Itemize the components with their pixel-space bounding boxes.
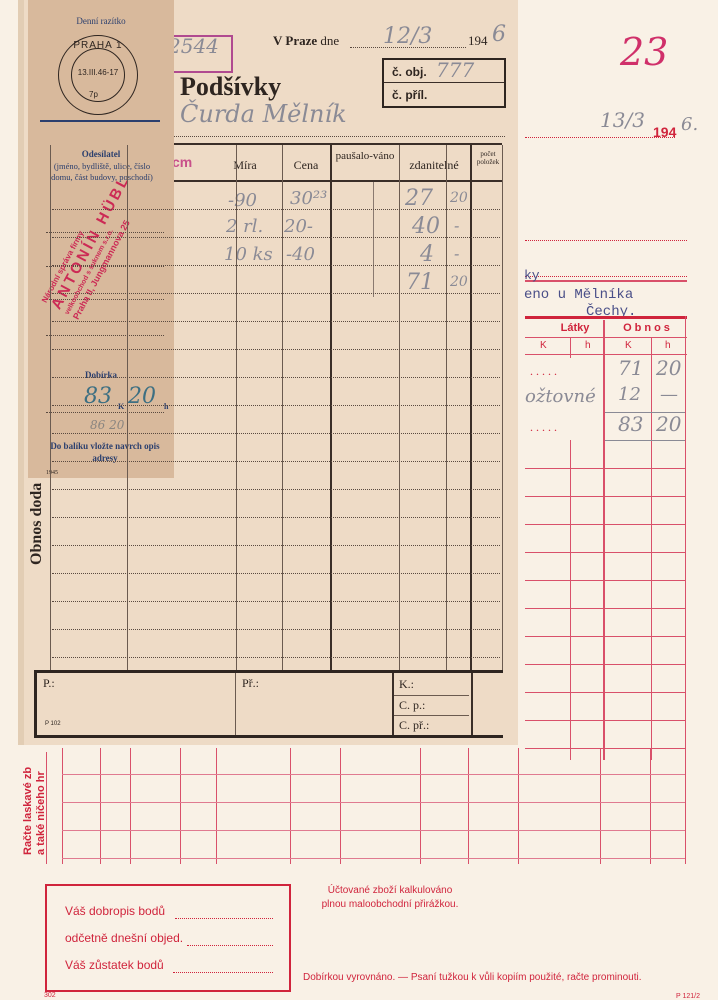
- header-rule: [525, 337, 687, 338]
- footer-form-code: P 102: [45, 721, 61, 727]
- row-line: [525, 608, 685, 609]
- order-obj-label: č. obj.: [392, 65, 427, 79]
- typed-address-line-2: eno u Mělníka: [524, 287, 633, 303]
- address-rule: [525, 280, 687, 282]
- column-line: [502, 145, 503, 670]
- row-desc: . . . . .: [530, 364, 557, 379]
- footer-note: Dobírkou vyrovnáno. — Psaní tužkou k vůl…: [303, 972, 642, 983]
- postmark: PRAHA 1 13.III.46-17 7p: [58, 35, 138, 115]
- row-h: 20: [656, 356, 681, 380]
- row-line: [525, 524, 685, 525]
- postmark-city: PRAHA 1: [67, 40, 129, 51]
- grid-line: [570, 440, 571, 760]
- row-line: [525, 748, 685, 749]
- table-top-rule: [525, 316, 687, 319]
- row-line: [52, 433, 500, 434]
- col-header-latky: Látky: [545, 322, 605, 334]
- row-desc: . . . . .: [530, 420, 557, 435]
- col-h-obnos: h: [665, 340, 671, 351]
- row-h: —: [660, 384, 678, 405]
- column-line: [50, 145, 51, 670]
- footer-rule: [394, 715, 469, 716]
- back-year-suffix: 6.: [681, 114, 698, 135]
- column-line: [600, 748, 601, 864]
- place-label: V Praze: [273, 33, 317, 48]
- row-mira: -90: [228, 190, 257, 211]
- row-h: -: [454, 216, 459, 235]
- footer-p-label: P.:: [43, 676, 55, 691]
- row-line: [525, 664, 685, 665]
- name-field[interactable]: [160, 136, 505, 137]
- row-mira: 2 rl.: [226, 216, 263, 237]
- row-mira: 10 ks: [224, 244, 273, 265]
- points-balance-field[interactable]: [173, 972, 273, 973]
- row-k: 40: [412, 214, 440, 239]
- column-line: [399, 145, 400, 670]
- row-line: [52, 377, 500, 378]
- total-h: 20: [450, 274, 468, 290]
- row-line: [525, 692, 685, 693]
- row-line: [52, 629, 500, 630]
- order-obj-value: 777: [436, 58, 474, 82]
- col-k-obnos: K: [625, 340, 632, 351]
- side-label-obnos: Obnos doda: [28, 480, 52, 600]
- row-line: [52, 573, 500, 574]
- page-edge: [718, 0, 728, 1000]
- col-header-mira: Míra: [220, 158, 270, 173]
- order-box: č. obj. 777 č. příl.: [382, 58, 506, 108]
- grid-line: [685, 316, 686, 760]
- postmark-code: 7p: [89, 90, 98, 99]
- column-line: [420, 748, 421, 864]
- col-header-pocet-polozek: počet položek: [474, 150, 502, 166]
- row-line: [62, 830, 685, 831]
- row-line: [525, 580, 685, 581]
- grid-line: [651, 338, 652, 760]
- column-line: [650, 748, 651, 864]
- place-date-line: V Praze dne: [273, 33, 339, 49]
- column-line: [127, 145, 128, 670]
- row-h: 20: [656, 412, 681, 436]
- cm-stamp: cm: [172, 154, 192, 170]
- row-line: [52, 657, 500, 658]
- column-line: [518, 748, 519, 864]
- vertical-note-line-2: a také ničeho hr: [35, 767, 48, 855]
- row-line: [525, 636, 685, 637]
- back-year-prefix: 194: [653, 124, 676, 140]
- daily-stamp-label: Denní razítko: [28, 16, 174, 26]
- vertical-note: Račte laskavé zb a také ničeho hr: [22, 760, 52, 860]
- footer-k-label: K.:: [399, 677, 414, 692]
- cod-field[interactable]: [46, 412, 164, 413]
- row-k: 4: [420, 242, 434, 267]
- year-prefix: 194: [468, 33, 488, 49]
- customer-name-handwritten: Čurda Mělník: [180, 100, 347, 128]
- footer-divider: [392, 673, 394, 735]
- row-cena: 20-: [284, 216, 313, 237]
- footer-divider: [235, 673, 236, 735]
- col-header-zdanitelne: zdanitelné: [400, 158, 468, 173]
- row-line: [52, 461, 500, 462]
- address-dotted-line: [525, 276, 687, 277]
- year-suffix-handwritten: 6: [492, 22, 506, 47]
- column-line: [468, 748, 469, 864]
- page-number-handwritten: 23: [620, 30, 668, 74]
- row-k: 71: [618, 356, 643, 380]
- column-line: [290, 748, 291, 864]
- col-h-latky: h: [585, 340, 591, 351]
- points-balance-label: Váš zůstatek bodů: [65, 958, 164, 972]
- row-line: [525, 720, 685, 721]
- vertical-note-line-1: Račte laskavé zb: [22, 767, 35, 855]
- total-k: 71: [406, 270, 434, 295]
- column-line: [180, 748, 181, 864]
- row-line: [62, 802, 685, 803]
- column-line: [446, 145, 447, 670]
- col-k-latky: K: [540, 340, 547, 351]
- column-line: [373, 182, 374, 297]
- footer-rule: [394, 695, 469, 696]
- address-dotted-line: [525, 240, 687, 241]
- cod-pencil-note: 86 20: [90, 418, 124, 432]
- points-credit-field[interactable]: [175, 918, 273, 919]
- column-line: [330, 145, 332, 670]
- sender-hint: (jméno, bydliště, ulice, číslo domu, čás…: [44, 161, 160, 183]
- cod-h-unit: h: [164, 402, 168, 411]
- row-line: [52, 209, 500, 210]
- grid-line: [603, 320, 605, 760]
- typed-address-line-1: ky: [524, 268, 540, 283]
- row-line: [525, 552, 685, 553]
- row-line: [52, 237, 500, 238]
- row-line: [52, 601, 500, 602]
- row-line: [52, 405, 500, 406]
- row-desc: ožtovné: [525, 386, 596, 407]
- row-line: [52, 321, 500, 322]
- back-date-handwritten: 13/3: [600, 108, 645, 132]
- grid-line: [570, 338, 571, 358]
- column-line: [470, 145, 472, 670]
- form-code-left: 302: [44, 992, 56, 999]
- row-cena: -40: [286, 244, 315, 265]
- row-k: 83: [618, 412, 643, 436]
- slip-year-code: 1945: [46, 470, 58, 476]
- column-line: [216, 748, 217, 864]
- row-cena: 30²³: [290, 188, 327, 209]
- column-line: [685, 748, 686, 864]
- column-line: [236, 145, 237, 670]
- column-line: [100, 748, 101, 864]
- col-header-cena: Cena: [283, 158, 329, 173]
- footer-cpr-label: C. př.:: [399, 718, 429, 733]
- row-line: [52, 293, 500, 294]
- footer-divider: [471, 673, 473, 735]
- footer-box: P.: P 102 Př.: K.: C. p.: C. př.:: [34, 670, 503, 738]
- row-line: [52, 265, 500, 266]
- row-line: [525, 496, 685, 497]
- order-pril-label: č. příl.: [392, 88, 427, 102]
- form-code-right: P 121/2: [676, 993, 700, 1000]
- calc-note-line-1: Účtované zboží kalkulováno: [290, 884, 490, 898]
- form-title: Podšívky: [180, 72, 281, 102]
- row-line: [525, 468, 685, 469]
- total-rule: [605, 440, 685, 441]
- date-handwritten: 12/3: [383, 24, 432, 49]
- order-number-handwritten: 2544: [168, 34, 219, 58]
- row-line: [52, 545, 500, 546]
- column-line: [62, 748, 63, 864]
- order-box-divider: [384, 82, 504, 83]
- footer-cp-label: C. p.:: [399, 698, 425, 713]
- points-deduct-field[interactable]: [187, 945, 273, 946]
- points-box: Váš dobropis bodů odčetně dnešní objed. …: [45, 884, 291, 992]
- row-line: [62, 858, 685, 859]
- col-header-obnos: Obnos: [612, 322, 684, 334]
- col-header-pausalovano: paušalo-váno: [335, 150, 395, 162]
- column-line: [130, 748, 131, 864]
- points-credit-label: Váš dobropis bodů: [65, 904, 165, 918]
- row-line: [52, 517, 500, 518]
- row-line: [52, 489, 500, 490]
- postmark-date: 13.III.46-17: [69, 68, 127, 77]
- row-h: 20: [450, 190, 468, 206]
- sender-line[interactable]: [46, 335, 164, 336]
- slip-divider: [40, 120, 160, 122]
- date-label: dne: [320, 33, 339, 48]
- points-deduct-label: odčetně dnešní objed.: [65, 931, 183, 945]
- calc-note-line-2: plnou maloobchodní přirážkou.: [290, 898, 490, 912]
- column-line: [282, 145, 283, 670]
- footer-pr-label: Př.:: [242, 676, 259, 691]
- column-line: [340, 748, 341, 864]
- cod-k-unit: K: [118, 402, 124, 411]
- calculation-note: Účtované zboží kalkulováno plnou maloobc…: [290, 884, 490, 912]
- row-k: 27: [405, 186, 433, 211]
- side-label-text: Obnos doda: [28, 483, 46, 565]
- row-line: [62, 774, 685, 775]
- row-h: -: [454, 244, 459, 263]
- row-line: [52, 349, 500, 350]
- header-bottom-rule: [525, 354, 687, 355]
- row-k: 12: [618, 384, 641, 405]
